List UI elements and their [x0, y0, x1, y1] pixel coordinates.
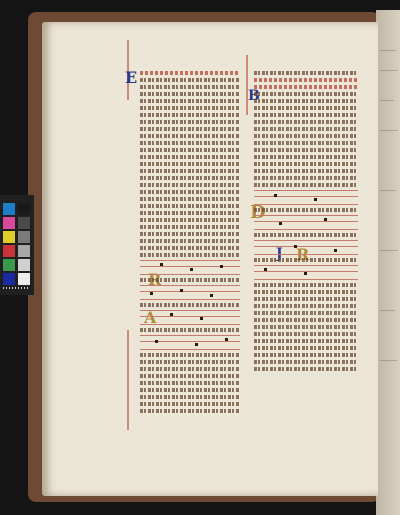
swatch: [18, 217, 30, 229]
color-calibration-target: [0, 195, 34, 295]
margin-flourish: [127, 330, 129, 430]
swatch: [18, 273, 30, 285]
music-staff: [254, 190, 358, 205]
swatch: [18, 203, 30, 215]
swatch: [3, 259, 15, 271]
swatch: [3, 203, 15, 215]
text-column-left: [140, 68, 240, 416]
swatch: [18, 231, 30, 243]
swatch: [3, 217, 15, 229]
scale-ruler: [3, 287, 29, 289]
music-staff: [254, 265, 358, 280]
music-staff: [254, 215, 358, 230]
swatch: [3, 245, 15, 257]
music-staff: [140, 335, 240, 350]
text-column-right: [254, 68, 358, 374]
facing-page-edge: [376, 10, 400, 515]
music-staff: [140, 260, 240, 275]
swatch: [3, 231, 15, 243]
margin-flourish: [246, 55, 248, 115]
swatch: [18, 259, 30, 271]
initial-e: E: [125, 68, 137, 87]
swatch: [3, 273, 15, 285]
music-staff: [254, 240, 358, 255]
music-staff: [140, 285, 240, 300]
music-staff: [140, 310, 240, 325]
swatch: [18, 245, 30, 257]
